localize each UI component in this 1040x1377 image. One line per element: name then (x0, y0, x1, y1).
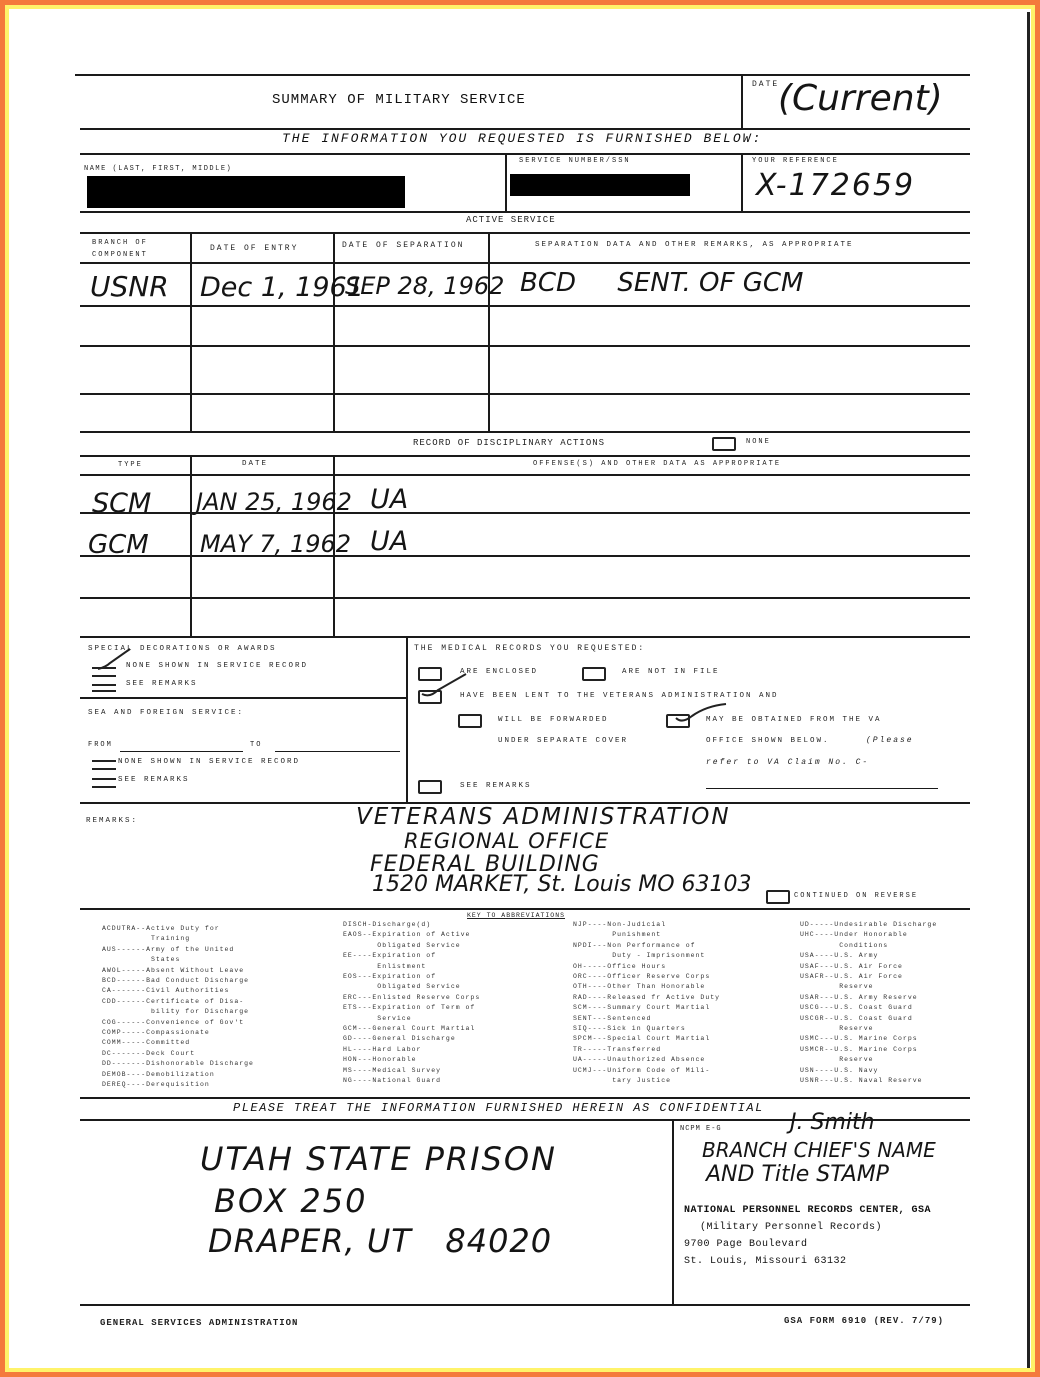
check-mark-icon (96, 645, 136, 675)
rule (80, 211, 970, 213)
col-date: DATE (242, 460, 268, 468)
col-offense: OFFENSE(S) AND OTHER DATA AS APPROPRIATE (533, 460, 781, 468)
continued-on-reverse-label: CONTINUED ON REVERSE (794, 892, 918, 900)
rule (80, 393, 970, 395)
none-checkbox[interactable] (712, 437, 736, 451)
active-separation-1: SEP 28, 1962 (345, 272, 504, 300)
addressee-line-3: DRAPER, UT 84020 (208, 1222, 552, 1260)
rule (80, 697, 406, 699)
not-in-file-checkbox[interactable] (582, 667, 606, 681)
sender-line-1: NATIONAL PERSONNEL RECORDS CENTER, GSA (684, 1205, 931, 1216)
active-branch-1: USNR (90, 270, 169, 303)
checkbox-line (92, 786, 116, 788)
disc-date-2: MAY 7, 1962 (200, 530, 351, 558)
obtained-label-1: MAY BE OBTAINED FROM THE VA (706, 716, 882, 724)
medical-heading: THE MEDICAL RECORDS YOU REQUESTED: (414, 644, 645, 653)
service-number-redaction (510, 174, 690, 196)
rule (80, 1097, 970, 1099)
to-label: TO (250, 741, 262, 749)
col-type: TYPE (118, 461, 143, 469)
from-field[interactable] (120, 751, 243, 752)
checkbox-line (92, 760, 116, 762)
rule (80, 345, 970, 347)
addressee-line-1: UTAH STATE PRISON (200, 1140, 557, 1178)
not-in-file-label: ARE NOT IN FILE (622, 668, 720, 676)
disc-offense-2: UA (370, 526, 408, 557)
forwarded-label-2: UNDER SEPARATE COVER (498, 737, 628, 745)
rule (80, 455, 970, 457)
medical-see-remarks-checkbox[interactable] (418, 780, 442, 794)
rule (80, 128, 970, 130)
key-column-2: DISCH-Discharge(d) EAOS--Expiration of A… (343, 920, 480, 1087)
footer-form-number: GSA FORM 6910 (REV. 7/79) (784, 1316, 944, 1326)
form-subtitle: THE INFORMATION YOU REQUESTED IS FURNISH… (282, 131, 762, 146)
to-field[interactable] (275, 751, 400, 752)
enclosed-label: ARE ENCLOSED (460, 668, 538, 676)
obtained-please: (Please (866, 736, 914, 745)
rule (80, 636, 970, 638)
rule (80, 474, 970, 476)
your-reference-value: X-172659 (756, 168, 915, 203)
form-title: SUMMARY OF MILITARY SERVICE (272, 92, 526, 108)
name-redaction (87, 176, 405, 208)
service-number-label: SERVICE NUMBER/SSN (519, 157, 631, 165)
date-label: DATE (752, 80, 779, 89)
col-date-of-entry: DATE OF ENTRY (210, 244, 298, 253)
footer-agency: GENERAL SERVICES ADMINISTRATION (100, 1318, 298, 1328)
lent-to-va-label: HAVE BEEN LENT TO THE VETERANS ADMINISTR… (460, 692, 779, 700)
sender-line-4: St. Louis, Missouri 63132 (684, 1256, 847, 1267)
sea-service-heading: SEA AND FOREIGN SERVICE: (88, 709, 244, 717)
va-claim-field[interactable] (706, 788, 938, 789)
rule (672, 1119, 674, 1304)
rule (80, 153, 970, 155)
checkbox-line (92, 675, 116, 677)
active-service-heading: ACTIVE SERVICE (466, 215, 556, 225)
active-entry-1: Dec 1, 1961 (200, 272, 364, 303)
col-separation-remarks: SEPARATION DATA AND OTHER REMARKS, AS AP… (535, 241, 854, 249)
name-label: NAME (Last, first, middle) (84, 165, 232, 173)
rule (80, 512, 970, 514)
va-claim-label: refer to VA Claim No. C- (706, 758, 869, 767)
remarks-line-1: VETERANS ADMINISTRATION (356, 804, 731, 830)
rule (80, 431, 970, 433)
remarks-line-2: REGIONAL OFFICE (404, 829, 609, 853)
disc-type-1: SCM (92, 488, 151, 519)
date-value: (Current) (778, 78, 943, 119)
rule (75, 74, 970, 76)
key-heading: KEY TO ABBREVIATIONS (467, 912, 565, 919)
confidential-notice: PLEASE TREAT THE INFORMATION FURNISHED H… (233, 1101, 764, 1115)
decorations-none-option[interactable]: NONE SHOWN IN SERVICE RECORD (126, 662, 308, 670)
rule (80, 1304, 970, 1306)
signature-code: NCPM E-G (680, 1125, 722, 1133)
rule (80, 597, 970, 599)
rule (80, 555, 970, 557)
sender-line-3: 9700 Page Boulevard (684, 1239, 808, 1250)
rule (406, 636, 408, 802)
key-column-4: UD-----Undesirable Discharge UHC----Unde… (800, 920, 937, 1087)
checkbox-line (92, 768, 116, 770)
medical-see-remarks-label: SEE REMARKS (460, 782, 532, 790)
key-column-1: ACDUTRA--Active Duty for Training AUS---… (102, 924, 254, 1091)
remarks-line-4: 1520 MARKET, St. Louis MO 63103 (372, 872, 752, 897)
rule (505, 153, 507, 211)
addressee-line-2: BOX 250 (214, 1182, 367, 1220)
disc-offense-1: UA (370, 484, 408, 515)
signature: J. Smith (790, 1110, 875, 1135)
rule (80, 908, 970, 910)
your-reference-label: YOUR REFERENCE (752, 157, 839, 165)
remarks-label: REMARKS: (86, 817, 138, 825)
decorations-remarks-option[interactable]: SEE REMARKS (126, 680, 198, 688)
rule (190, 455, 192, 637)
from-label: FROM (88, 741, 113, 749)
checkbox-line (92, 684, 116, 686)
sea-none-option[interactable]: NONE SHOWN IN SERVICE RECORD (118, 758, 300, 766)
rule (741, 74, 743, 128)
obtained-label-2: OFFICE SHOWN BELOW. (706, 737, 830, 745)
none-label: NONE (746, 438, 771, 446)
rule (80, 262, 970, 264)
checkbox-line (92, 778, 116, 780)
rule (80, 232, 970, 234)
checkbox-line (92, 690, 116, 692)
continued-on-reverse-checkbox[interactable] (766, 890, 790, 904)
branch-chief-line-2: AND Title STAMP (706, 1162, 889, 1187)
rule (741, 153, 743, 211)
sea-remarks-option[interactable]: SEE REMARKS (118, 776, 190, 784)
key-column-3: NJP----Non-Judicial Punishment NPDI---No… (573, 920, 720, 1087)
military-service-summary-form: SUMMARY OF MILITARY SERVICE DATE (Curren… (0, 0, 1040, 1377)
forwarded-label-1: WILL BE FORWARDED (498, 716, 609, 724)
active-remarks-1: BCD SENT. OF GCM (520, 268, 803, 298)
branch-chief-line-1: BRANCH CHIEF'S NAME (702, 1138, 936, 1162)
disciplinary-heading: RECORD OF DISCIPLINARY ACTIONS (413, 438, 605, 448)
forwarded-checkbox[interactable] (458, 714, 482, 728)
sender-line-2: (Military Personnel Records) (700, 1222, 882, 1233)
col-branch: BRANCH OF COMPONENT (92, 237, 162, 261)
rule (80, 305, 970, 307)
col-date-of-separation: DATE OF SEPARATION (342, 241, 464, 250)
